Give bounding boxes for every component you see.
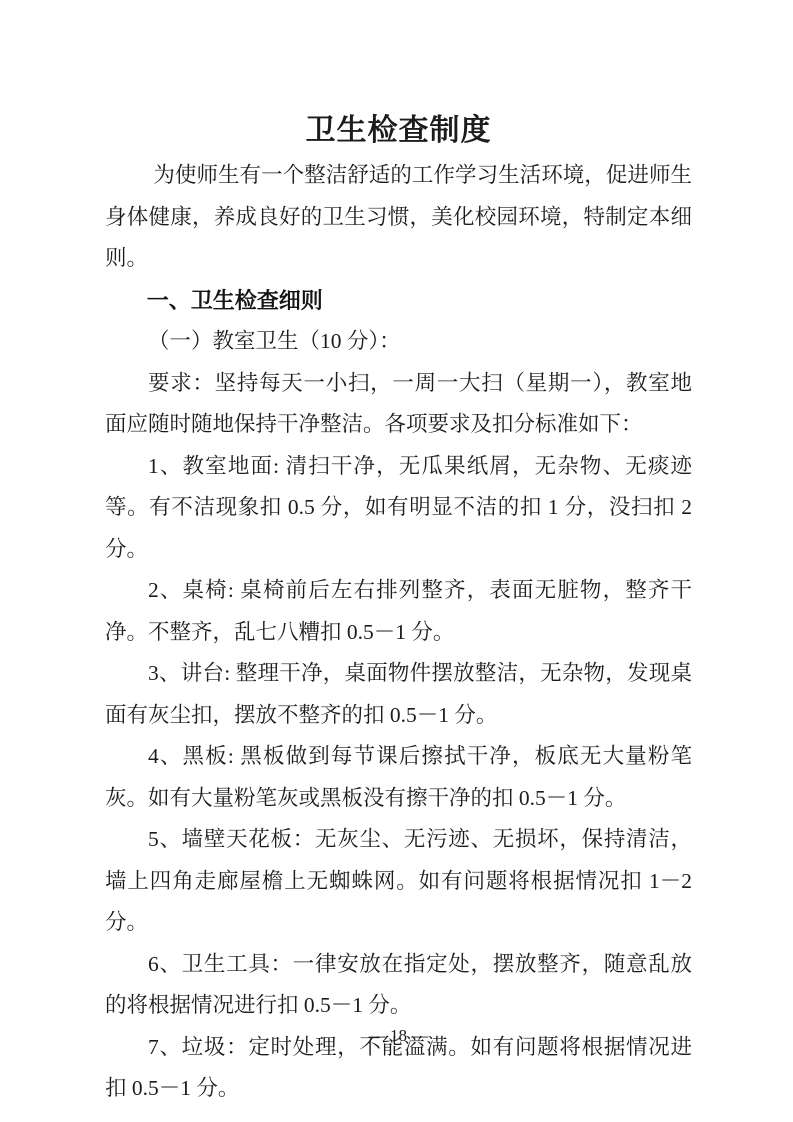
rule-item-3: 3、讲台: 整理干净，桌面物件摆放整洁，无杂物，发现桌面有灰尘扣，摆放不整齐的扣… [105,653,692,736]
rule-item-2: 2、桌椅: 桌椅前后左右排列整齐，表面无脏物，整齐干净。不整齐，乱七八糟扣 0.… [105,570,692,653]
document-content: 卫生检查制度 为使师生有一个整洁舒适的工作学习生活环境，促进师生身体健康，养成良… [0,0,793,1110]
subsection-heading: （一）教室卫生（10 分）： [105,321,692,363]
section-heading: 一、卫生检查细则 [105,280,692,322]
rule-item-5: 5、墙壁天花板：无灰尘、无污迹、无损坏，保持清洁，墙上四角走廊屋檐上无蜘蛛网。如… [105,819,692,944]
document-title: 卫生检查制度 [105,112,692,150]
intro-paragraph: 为使师生有一个整洁舒适的工作学习生活环境，促进师生身体健康，养成良好的卫生习惯，… [105,155,692,280]
requirement-paragraph: 要求：坚持每天一小扫，一周一大扫（星期一），教室地面应随时随地保持干净整洁。各项… [105,363,692,446]
rule-item-1: 1、教室地面: 清扫干净，无瓜果纸屑，无杂物、无痰迹等。有不洁现象扣 0.5 分… [105,446,692,571]
document-page: 卫生检查制度 为使师生有一个整洁舒适的工作学习生活环境，促进师生身体健康，养成良… [0,0,793,1122]
rule-item-6: 6、卫生工具：一律安放在指定处，摆放整齐，随意乱放的将根据情况进行扣 0.5－1… [105,944,692,1027]
rule-item-4: 4、黑板: 黑板做到每节课后擦拭干净，板底无大量粉笔灰。如有大量粉笔灰或黑板没有… [105,736,692,819]
page-number: — 18 — [105,1026,692,1046]
